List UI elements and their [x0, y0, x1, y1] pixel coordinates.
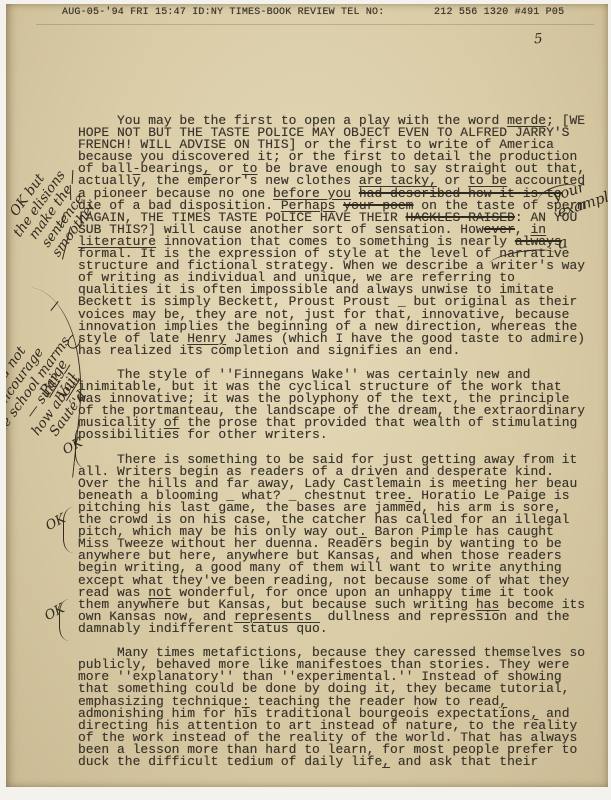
paragraph: The style of ''Finnegans Wake'' was cert… — [78, 369, 598, 442]
fax-page: { "fax_header": "AUG-05-'94 FRI 15:47 ID… — [0, 0, 611, 800]
typed-line: damnably indifferent status quo. — [78, 623, 598, 635]
typed-line: duck the difficult tedium of daily life,… — [78, 756, 598, 768]
typed-line: has realized its completion and signifie… — [78, 345, 598, 357]
fax-header-divider — [36, 24, 594, 25]
fax-header: AUG-05-'94 FRI 15:47 ID:NY TIMES-BOOK RE… — [62, 7, 564, 18]
paragraph: You may be the first to open a play with… — [78, 115, 598, 357]
typed-text: You may be the first to open a play with… — [78, 115, 598, 768]
margin-bracket-2 — [63, 507, 73, 553]
paragraph: Many times metafictions, because they ca… — [78, 647, 598, 768]
page-number: 5 — [533, 32, 543, 47]
typed-line: possibilities for other writers. — [78, 429, 598, 441]
paragraph: There is something to be said for just g… — [78, 454, 598, 635]
margin-bracket-3 — [59, 599, 69, 641]
scanned-page: AUG-05-'94 FRI 15:47 ID:NY TIMES-BOOK RE… — [6, 4, 608, 787]
